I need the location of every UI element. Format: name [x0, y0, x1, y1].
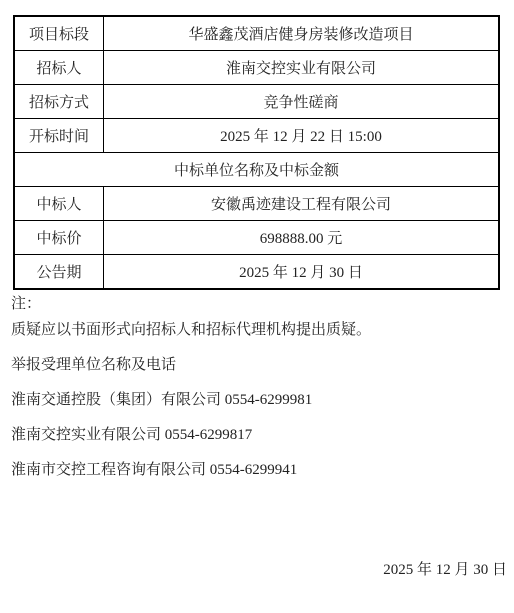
notes-section: 注： 质疑应以书面形式向招标人和招标代理机构提出质疑。 举报受理单位名称及电话 …: [11, 295, 503, 496]
row-value-method: 竞争性磋商: [104, 85, 500, 119]
row-label-project: 项目标段: [14, 16, 104, 51]
note-line-phone-1: 淮南交通控股（集团）有限公司 0554-6299981: [11, 391, 503, 410]
table-row-price: 中标价 698888.00 元: [14, 221, 499, 255]
row-value-notice-period: 2025 年 12 月 30 日: [104, 255, 500, 290]
table-row-winner: 中标人 安徽禹迹建设工程有限公司: [14, 187, 499, 221]
row-label-open-time: 开标时间: [14, 119, 104, 153]
note-line-objection: 质疑应以书面形式向招标人和招标代理机构提出质疑。: [11, 321, 503, 340]
table-row-method: 招标方式 竞争性磋商: [14, 85, 499, 119]
row-value-winner: 安徽禹迹建设工程有限公司: [104, 187, 500, 221]
row-value-project: 华盛鑫茂酒店健身房装修改造项目: [104, 16, 500, 51]
table-row-notice-period: 公告期 2025 年 12 月 30 日: [14, 255, 499, 290]
row-value-price: 698888.00 元: [104, 221, 500, 255]
row-label-tenderer: 招标人: [14, 51, 104, 85]
note-title: 注：: [11, 295, 503, 314]
footer-date: 2025 年 12 月 30 日: [383, 561, 507, 580]
note-line-report-header: 举报受理单位名称及电话: [11, 356, 503, 375]
row-value-tenderer: 淮南交控实业有限公司: [104, 51, 500, 85]
row-label-method: 招标方式: [14, 85, 104, 119]
row-value-open-time: 2025 年 12 月 22 日 15:00: [104, 119, 500, 153]
table-section-row: 中标单位名称及中标金额: [14, 153, 499, 187]
table-row-project: 项目标段 华盛鑫茂酒店健身房装修改造项目: [14, 16, 499, 51]
row-label-notice-period: 公告期: [14, 255, 104, 290]
row-label-winner: 中标人: [14, 187, 104, 221]
note-line-phone-3: 淮南市交控工程咨询有限公司 0554-6299941: [11, 461, 503, 480]
table-row-open-time: 开标时间 2025 年 12 月 22 日 15:00: [14, 119, 499, 153]
table-row-tenderer: 招标人 淮南交控实业有限公司: [14, 51, 499, 85]
section-header: 中标单位名称及中标金额: [14, 153, 499, 187]
row-label-price: 中标价: [14, 221, 104, 255]
note-line-phone-2: 淮南交控实业有限公司 0554-6299817: [11, 426, 503, 445]
bid-result-table: 项目标段 华盛鑫茂酒店健身房装修改造项目 招标人 淮南交控实业有限公司 招标方式…: [13, 15, 500, 290]
